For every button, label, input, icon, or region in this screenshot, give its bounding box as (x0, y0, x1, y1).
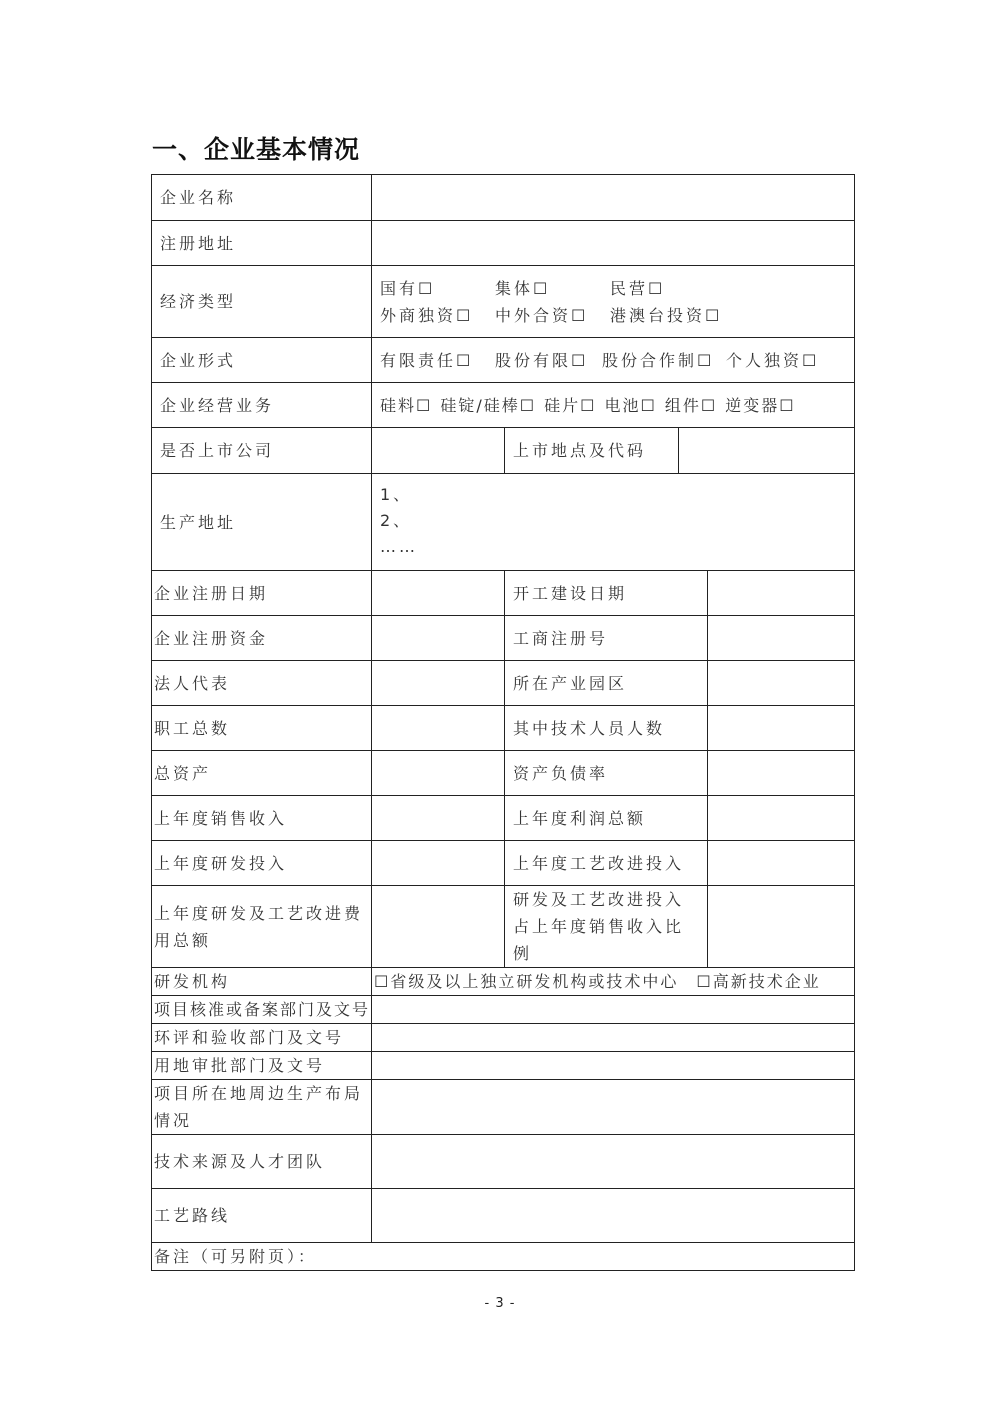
rd-institution-options: ☐省级及以上独立研发机构或技术中心☐高新技术企业 (372, 968, 855, 996)
production-address-line-2: 2、 (380, 508, 846, 534)
checkbox-inverter[interactable]: 逆变器☐ (725, 392, 795, 419)
checkbox-joint-stock[interactable]: 股份有限☐ (495, 347, 602, 374)
business-registration-no-field[interactable] (708, 616, 855, 661)
surrounding-layout-field[interactable] (372, 1080, 855, 1135)
checkbox-private[interactable]: 民营☐ (610, 275, 665, 302)
construction-start-date-field[interactable] (708, 571, 855, 616)
business-scope-options: 硅料☐硅锭/硅棒☐硅片☐电池☐组件☐逆变器☐ (372, 383, 855, 428)
industrial-park-label: 所在产业园区 (505, 661, 708, 706)
row-company-form: 企业形式 有限责任☐股份有限☐股份合作制☐个人独资☐ (152, 338, 855, 383)
checkbox-foreign-owned[interactable]: 外商独资☐ (380, 302, 495, 329)
checkbox-polysilicon[interactable]: 硅料☐ (380, 392, 432, 419)
tech-source-label: 技术来源及人才团队 (152, 1135, 372, 1189)
checkbox-cell[interactable]: 电池☐ (604, 392, 656, 419)
total-employees-field[interactable] (372, 706, 505, 751)
technical-staff-count-field[interactable] (708, 706, 855, 751)
company-info-form: 企业名称 注册地址 经济类型 国有☐集体☐民营☐ 外商独资☐中外合资☐港澳台投资… (151, 174, 855, 1271)
debt-asset-ratio-label: 资产负债率 (505, 751, 708, 796)
surrounding-layout-label: 项目所在地周边生产布局情况 (152, 1080, 372, 1135)
economic-type-options: 国有☐集体☐民营☐ 外商独资☐中外合资☐港澳台投资☐ (372, 266, 855, 338)
registration-date-label: 企业注册日期 (152, 571, 372, 616)
company-form-label: 企业形式 (152, 338, 372, 383)
row-rd-institution: 研发机构 ☐省级及以上独立研发机构或技术中心☐高新技术企业 (152, 968, 855, 996)
rd-institution-label: 研发机构 (152, 968, 372, 996)
row-business-scope: 企业经营业务 硅料☐硅锭/硅棒☐硅片☐电池☐组件☐逆变器☐ (152, 383, 855, 428)
debt-asset-ratio-field[interactable] (708, 751, 855, 796)
last-year-profit-field[interactable] (708, 796, 855, 841)
registration-date-field[interactable] (372, 571, 505, 616)
industrial-park-field[interactable] (708, 661, 855, 706)
env-assessment-label: 环评和验收部门及文号 (152, 1024, 372, 1052)
last-year-rd-field[interactable] (372, 841, 505, 886)
rd-sales-ratio-label: 研发及工艺改进投入占上年度销售收入比例 (505, 886, 708, 968)
last-year-process-improvement-field[interactable] (708, 841, 855, 886)
row-listed-company: 是否上市公司 上市地点及代码 (152, 428, 855, 474)
row-registered-capital: 企业注册资金 工商注册号 (152, 616, 855, 661)
listed-company-label: 是否上市公司 (152, 428, 372, 474)
row-surrounding-layout: 项目所在地周边生产布局情况 (152, 1080, 855, 1135)
row-company-name: 企业名称 (152, 175, 855, 221)
checkbox-hk-macao-taiwan[interactable]: 港澳台投资☐ (610, 302, 722, 329)
checkbox-high-tech-enterprise[interactable]: ☐高新技术企业 (696, 968, 820, 995)
process-route-field[interactable] (372, 1189, 855, 1243)
last-year-sales-label: 上年度销售收入 (152, 796, 372, 841)
row-legal-representative: 法人代表 所在产业园区 (152, 661, 855, 706)
company-name-field[interactable] (372, 175, 855, 221)
row-rd-total: 上年度研发及工艺改进费用总额 研发及工艺改进投入占上年度销售收入比例 (152, 886, 855, 968)
company-name-label: 企业名称 (152, 175, 372, 221)
row-production-address: 生产地址 1、 2、 …… (152, 474, 855, 571)
project-approval-label: 项目核准或备案部门及文号 (152, 996, 372, 1024)
land-approval-label: 用地审批部门及文号 (152, 1052, 372, 1080)
row-last-year-rd: 上年度研发投入 上年度工艺改进投入 (152, 841, 855, 886)
registered-capital-label: 企业注册资金 (152, 616, 372, 661)
construction-start-date-label: 开工建设日期 (505, 571, 708, 616)
production-address-label: 生产地址 (152, 474, 372, 571)
checkbox-limited-liability[interactable]: 有限责任☐ (380, 347, 495, 374)
checkbox-wafer[interactable]: 硅片☐ (544, 392, 596, 419)
last-year-rd-label: 上年度研发投入 (152, 841, 372, 886)
row-project-approval: 项目核准或备案部门及文号 (152, 996, 855, 1024)
row-economic-type: 经济类型 国有☐集体☐民营☐ 外商独资☐中外合资☐港澳台投资☐ (152, 266, 855, 338)
page-title: 一、企业基本情况 (152, 130, 360, 166)
checkbox-collective[interactable]: 集体☐ (495, 275, 610, 302)
production-address-line-more: …… (380, 534, 846, 560)
row-registration-date: 企业注册日期 开工建设日期 (152, 571, 855, 616)
checkbox-module[interactable]: 组件☐ (665, 392, 717, 419)
registered-address-label: 注册地址 (152, 221, 372, 266)
project-approval-field[interactable] (372, 996, 855, 1024)
checkbox-ingot-rod[interactable]: 硅锭/硅棒☐ (440, 392, 536, 419)
page-number: - 3 - (0, 1296, 1000, 1311)
business-registration-no-label: 工商注册号 (505, 616, 708, 661)
total-assets-label: 总资产 (152, 751, 372, 796)
checkbox-state-owned[interactable]: 国有☐ (380, 275, 495, 302)
row-tech-source: 技术来源及人才团队 (152, 1135, 855, 1189)
land-approval-field[interactable] (372, 1052, 855, 1080)
business-scope-label: 企业经营业务 (152, 383, 372, 428)
row-total-employees: 职工总数 其中技术人员人数 (152, 706, 855, 751)
process-route-label: 工艺路线 (152, 1189, 372, 1243)
listing-location-code-label: 上市地点及代码 (505, 428, 679, 474)
listing-location-code-field[interactable] (679, 428, 855, 474)
checkbox-sino-foreign-jv[interactable]: 中外合资☐ (495, 302, 610, 329)
production-address-line-1: 1、 (380, 482, 846, 508)
checkbox-stock-cooperative[interactable]: 股份合作制☐ (602, 347, 726, 374)
checkbox-provincial-rd-center[interactable]: ☐省级及以上独立研发机构或技术中心 (374, 968, 678, 995)
row-land-approval: 用地审批部门及文号 (152, 1052, 855, 1080)
checkbox-sole-proprietorship[interactable]: 个人独资☐ (726, 347, 819, 374)
listed-company-field[interactable] (372, 428, 505, 474)
last-year-process-improvement-label: 上年度工艺改进投入 (505, 841, 708, 886)
env-assessment-field[interactable] (372, 1024, 855, 1052)
production-address-field[interactable]: 1、 2、 …… (372, 474, 855, 571)
row-env-assessment: 环评和验收部门及文号 (152, 1024, 855, 1052)
row-process-route: 工艺路线 (152, 1189, 855, 1243)
technical-staff-count-label: 其中技术人员人数 (505, 706, 708, 751)
registered-address-field[interactable] (372, 221, 855, 266)
row-total-assets: 总资产 资产负债率 (152, 751, 855, 796)
legal-representative-field[interactable] (372, 661, 505, 706)
legal-representative-label: 法人代表 (152, 661, 372, 706)
rd-total-field[interactable] (372, 886, 505, 968)
last-year-sales-field[interactable] (372, 796, 505, 841)
rd-sales-ratio-field[interactable] (708, 886, 855, 968)
registered-capital-field[interactable] (372, 616, 505, 661)
row-last-year-sales: 上年度销售收入 上年度利润总额 (152, 796, 855, 841)
total-assets-field[interactable] (372, 751, 505, 796)
economic-type-label: 经济类型 (152, 266, 372, 338)
row-registered-address: 注册地址 (152, 221, 855, 266)
company-form-options: 有限责任☐股份有限☐股份合作制☐个人独资☐ (372, 338, 855, 383)
remarks-label[interactable]: 备注（可另附页）： (152, 1243, 855, 1271)
total-employees-label: 职工总数 (152, 706, 372, 751)
row-remarks: 备注（可另附页）： (152, 1243, 855, 1271)
tech-source-field[interactable] (372, 1135, 855, 1189)
last-year-profit-label: 上年度利润总额 (505, 796, 708, 841)
rd-total-label: 上年度研发及工艺改进费用总额 (152, 886, 372, 968)
